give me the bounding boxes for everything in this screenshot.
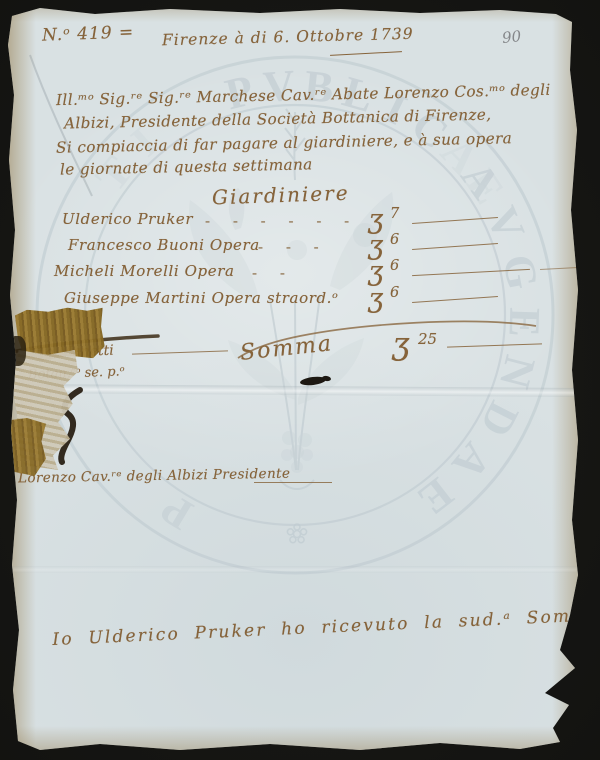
document-number: N.ᵒ 419 = [42, 22, 135, 45]
signature-rule [254, 482, 332, 483]
amount-rule [412, 296, 498, 303]
leader-dots: - - - - - - [205, 212, 358, 230]
covered-annotation-manetti: rio Manetti [34, 343, 114, 362]
wage-entry: Ulderico Pruker - - - - - - ʒ 7 [0, 210, 600, 238]
amount-rule [412, 243, 498, 250]
total-rule [447, 343, 542, 347]
wage-entry: Micheli Morelli Opera - - ʒ 6 [0, 262, 600, 290]
leader-dots: - - - [258, 238, 328, 256]
amount-rule [412, 269, 530, 276]
section-heading: Giardiniere [212, 181, 350, 210]
amount-value: 6 [390, 232, 399, 248]
leader-dots: - - [252, 264, 294, 282]
pencil-page-number: 90 [501, 27, 522, 47]
total-label: Somma [239, 331, 334, 366]
worker-name: Francesco Buoni Opera [68, 236, 260, 254]
worker-name: Micheli Morelli Opera [54, 262, 235, 280]
svg-text:P: P [153, 484, 201, 540]
total-amount: 25 [418, 330, 437, 348]
worker-name: Ulderico Pruker [62, 210, 193, 228]
wage-entry: Giuseppe Martini Opera straord.ᵒ ʒ 6 [0, 289, 600, 317]
amount-value: 6 [390, 285, 399, 301]
wage-entry: Francesco Buoni Opera - - - ʒ 6 [0, 236, 600, 264]
amount-value: 7 [390, 206, 399, 222]
watermark-rosette [287, 524, 306, 543]
worker-name: Giuseppe Martini Opera straord.ᵒ [64, 289, 338, 307]
manuscript-page: TIPVBLICAEAVGENDAEP [0, 0, 600, 760]
amount-value: 6 [390, 258, 399, 274]
photo-background: TIPVBLICAEAVGENDAEP [0, 0, 600, 760]
currency-symbol: ʒ [368, 283, 383, 314]
currency-symbol: ʒ [392, 326, 410, 362]
amount-rule [412, 217, 498, 224]
svg-text:D: D [470, 394, 528, 445]
